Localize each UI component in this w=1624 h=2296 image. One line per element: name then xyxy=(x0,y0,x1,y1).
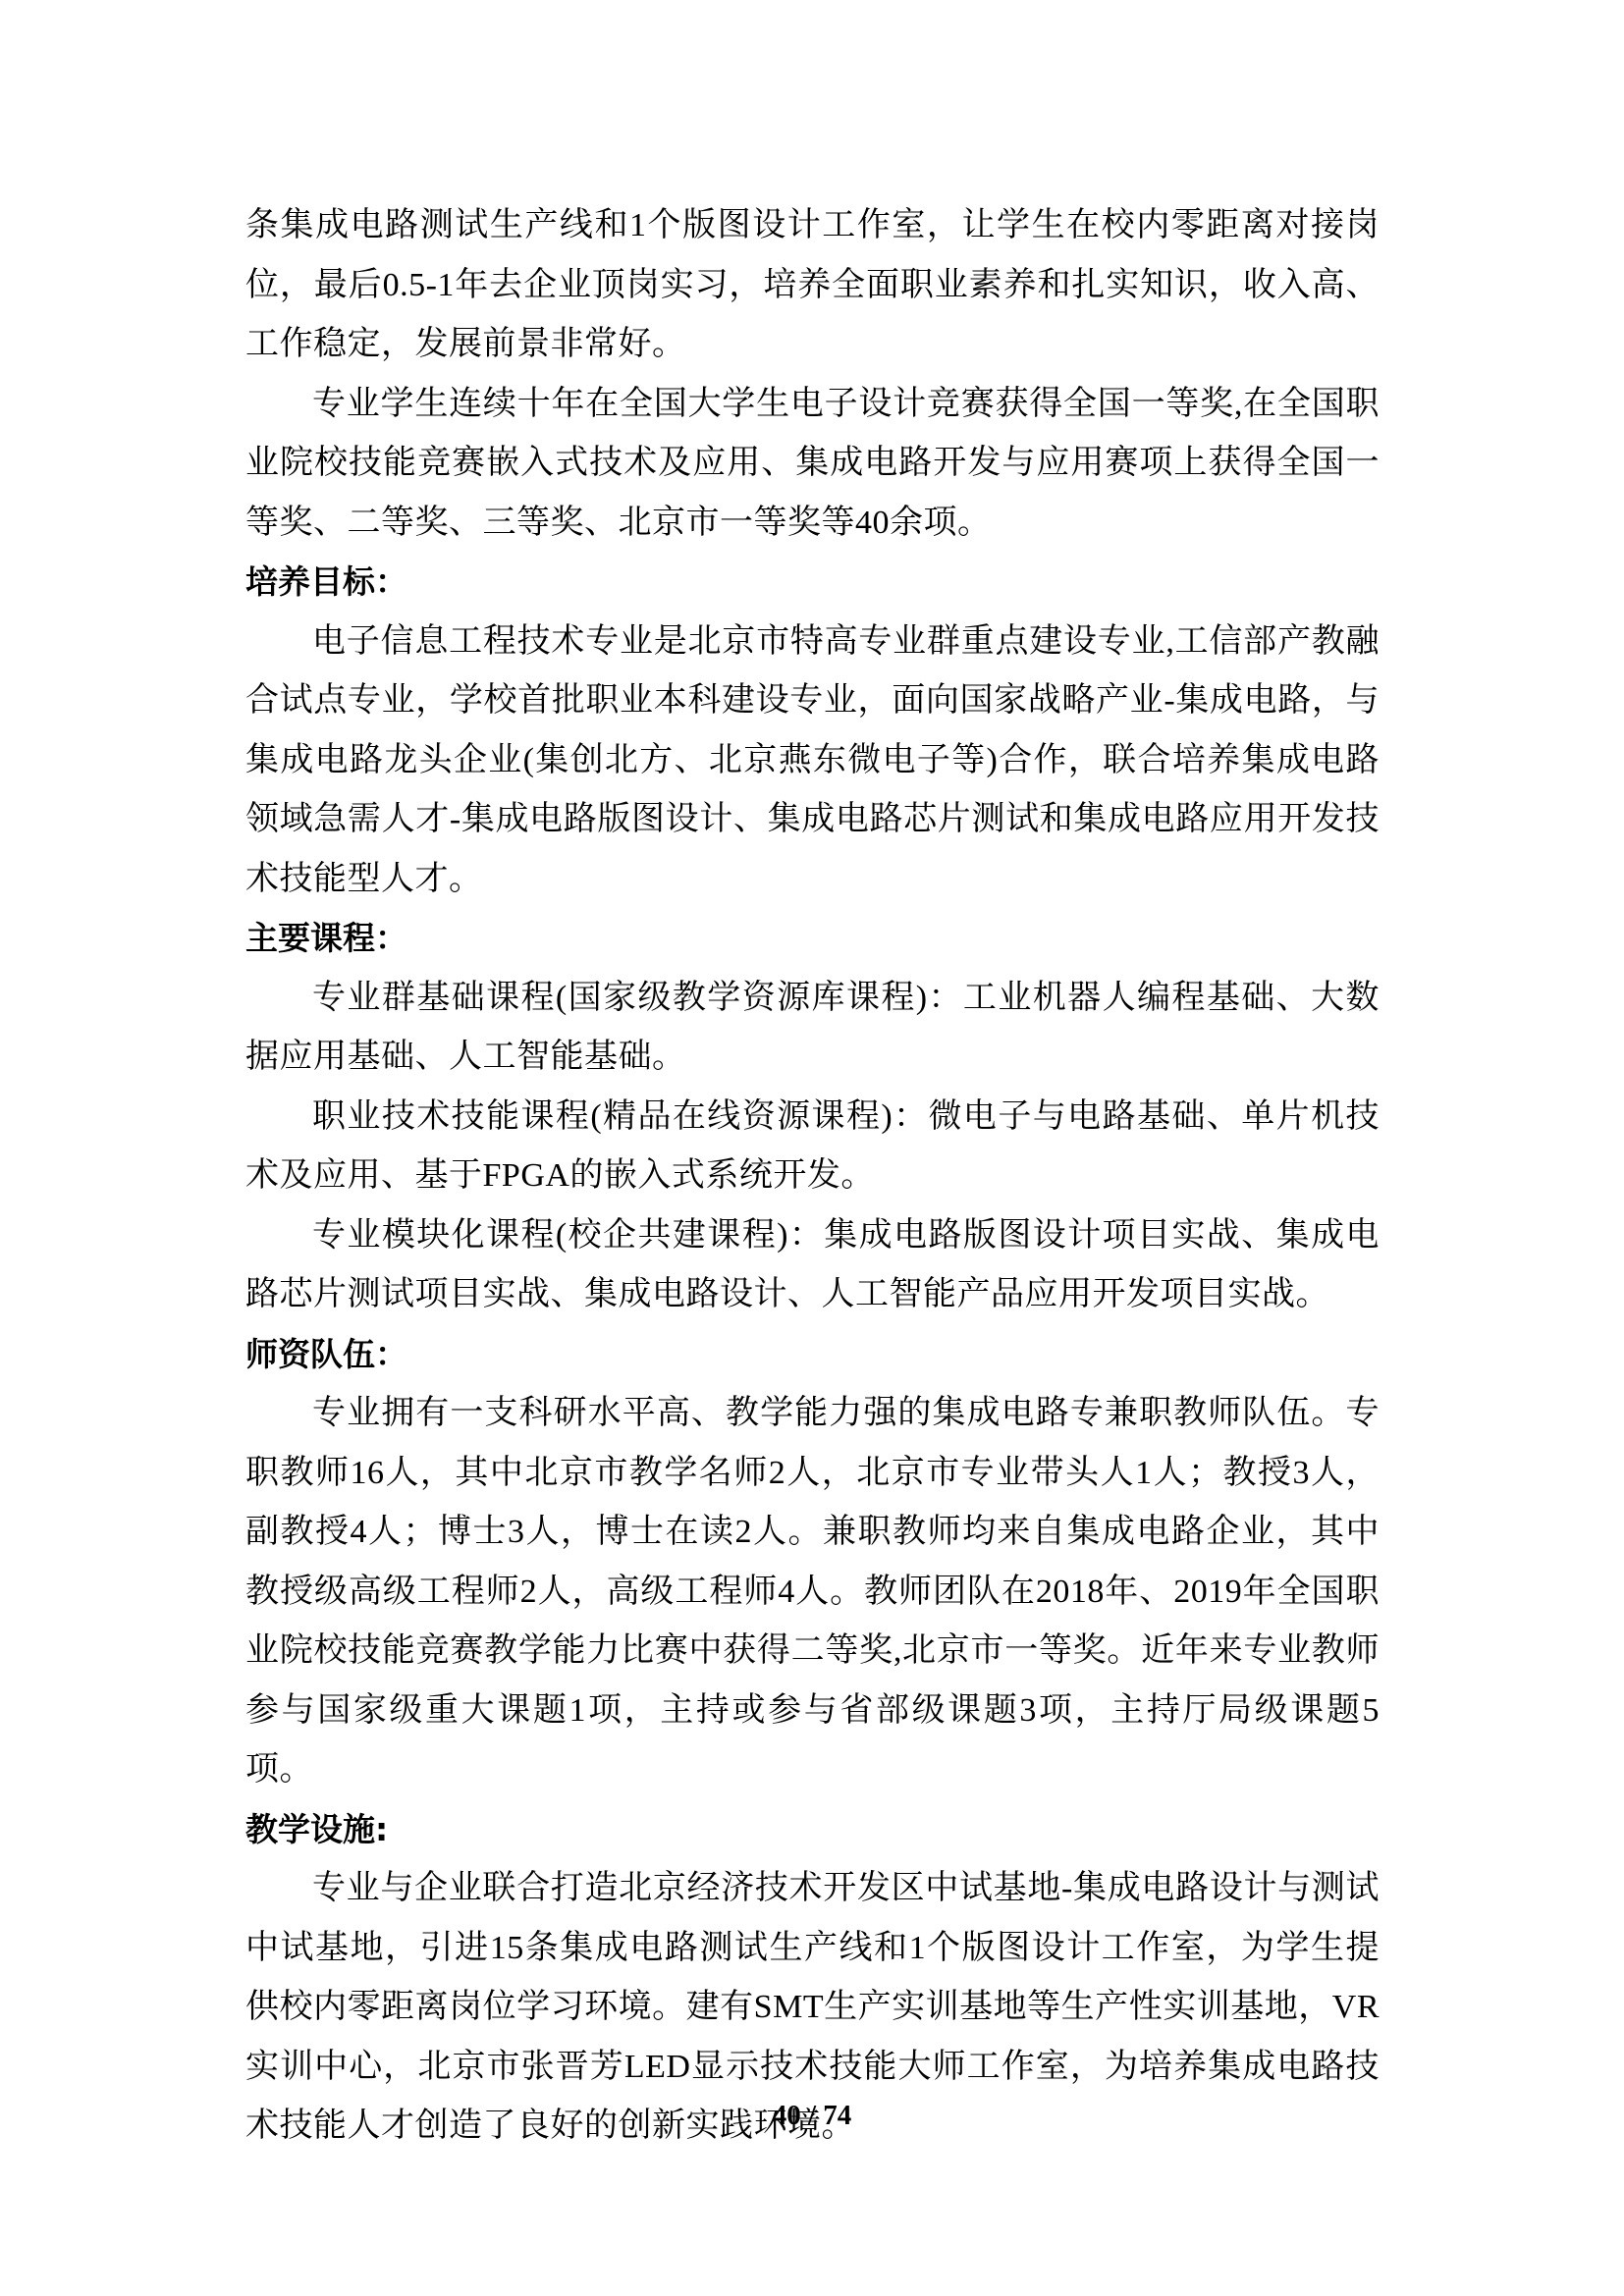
body-paragraph: 专业群基础课程(国家级教学资源库课程)：工业机器人编程基础、大数据应用基础、人工… xyxy=(245,969,1380,1088)
body-paragraph: 专业拥有一支科研水平高、教学能力强的集成电路专兼职教师队伍。专职教师16人，其中… xyxy=(245,1384,1380,1800)
page-number: 40 / 74 xyxy=(0,2099,1624,2132)
body-paragraph: 电子信息工程技术专业是北京市特高专业群重点建设专业,工信部产教融合试点专业，学校… xyxy=(245,613,1380,910)
body-paragraph: 专业模块化课程(校企共建课程)：集成电路版图设计项目实战、集成电路芯片测试项目实… xyxy=(245,1206,1380,1325)
section-heading-faculty: 师资队伍： xyxy=(245,1325,1380,1385)
body-paragraph: 职业技术技能课程(精品在线资源课程)：微电子与电路基础、单片机技术及应用、基于F… xyxy=(245,1088,1380,1206)
body-paragraph: 专业学生连续十年在全国大学生电子设计竞赛获得全国一等奖,在全国职业院校技能竞赛嵌… xyxy=(245,375,1380,554)
section-heading-main-courses: 主要课程： xyxy=(245,909,1380,969)
section-heading-teaching-facilities: 教学设施: xyxy=(245,1800,1380,1860)
document-body: 条集成电路测试生产线和1个版图设计工作室，让学生在校内零距离对接岗位，最后0.5… xyxy=(245,196,1380,2157)
section-heading-training-objectives: 培养目标： xyxy=(245,553,1380,613)
document-page: 条集成电路测试生产线和1个版图设计工作室，让学生在校内零距离对接岗位，最后0.5… xyxy=(0,0,1624,2296)
body-paragraph: 条集成电路测试生产线和1个版图设计工作室，让学生在校内零距离对接岗位，最后0.5… xyxy=(245,196,1380,375)
